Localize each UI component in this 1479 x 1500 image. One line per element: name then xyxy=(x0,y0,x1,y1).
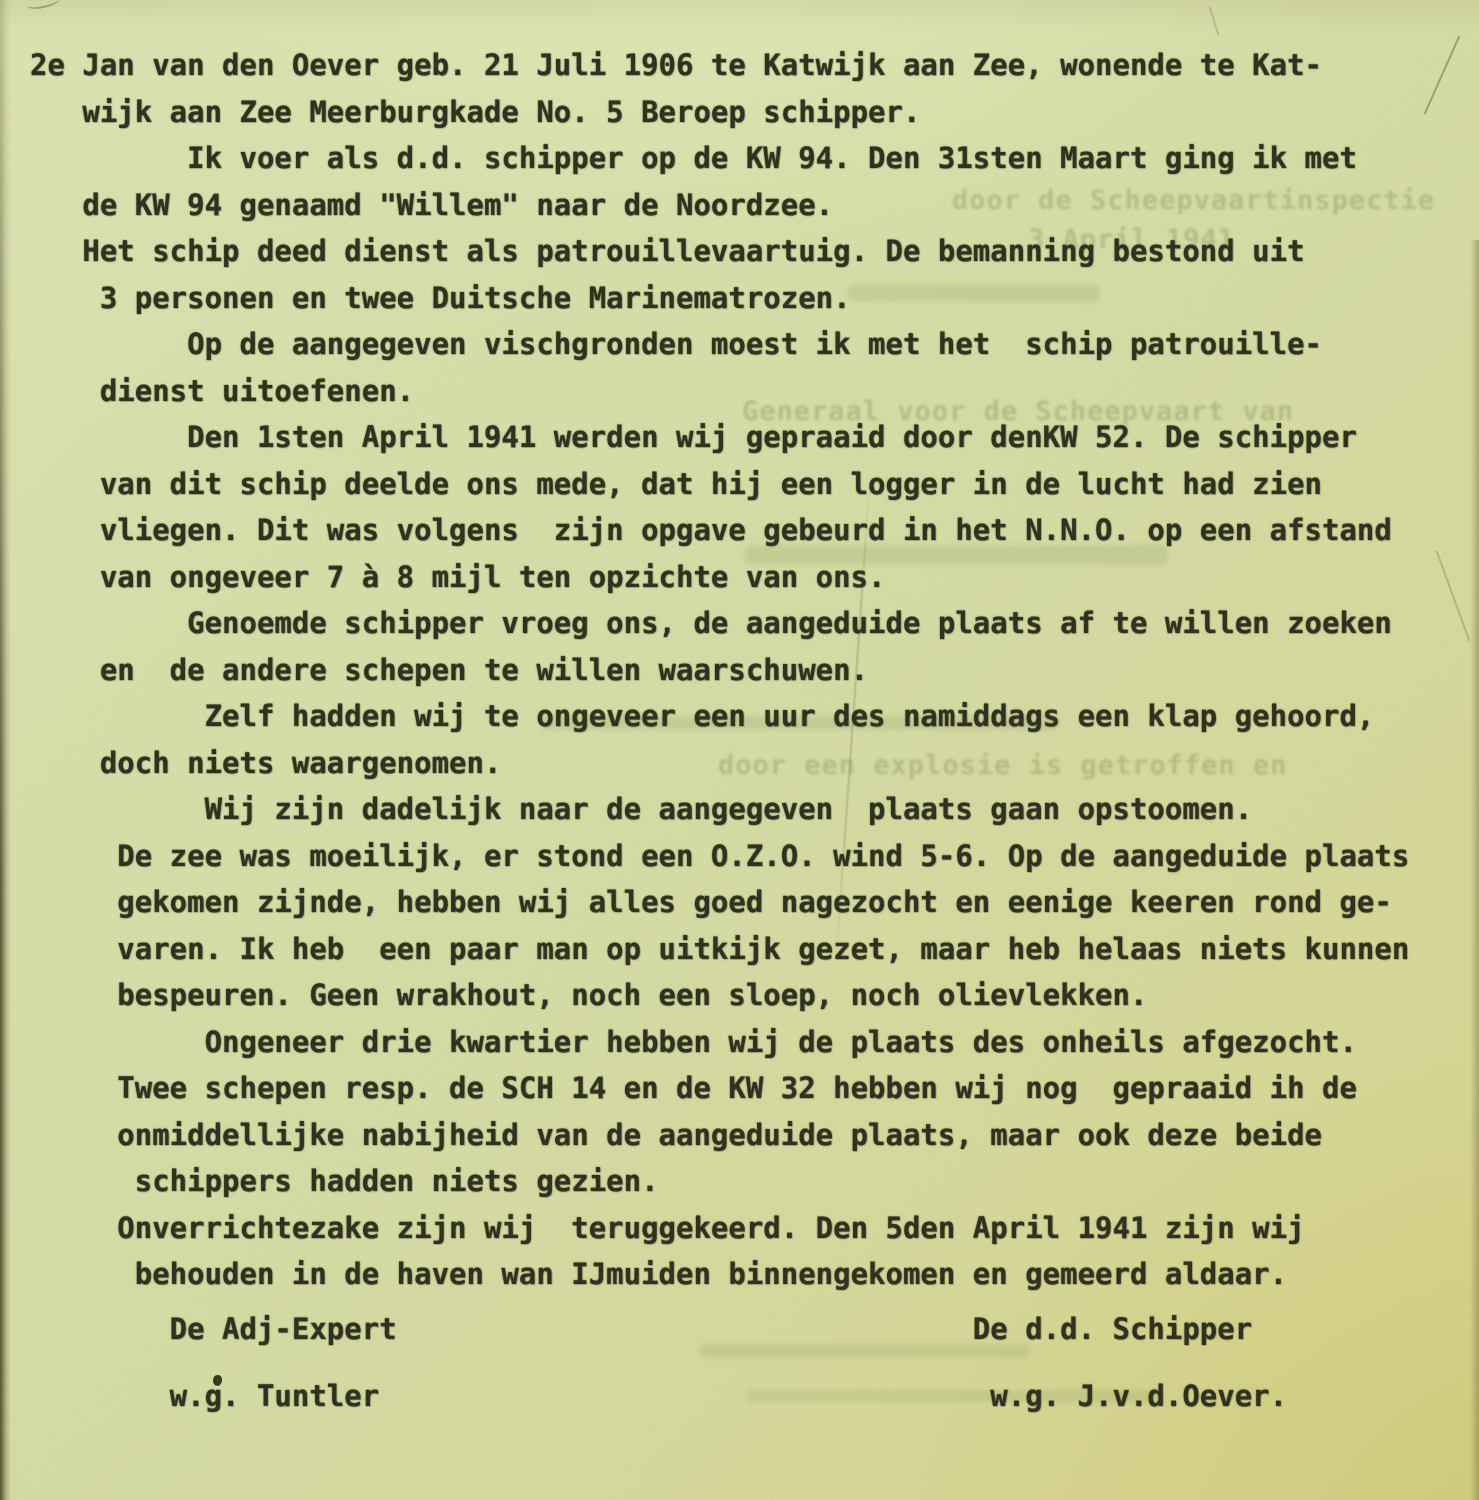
page-edge-right xyxy=(1470,240,1479,1500)
text-line: onmiddellijke nabijheid van de aangeduid… xyxy=(30,1112,1479,1159)
document-page: door de Scheepvaartinspectie3 April 1941… xyxy=(0,0,1479,1500)
text-line: en de andere schepen te willen waarschuw… xyxy=(30,647,1479,694)
text-line: doch niets waargenomen. xyxy=(30,740,1479,787)
text-line: w.g. Tuntler w.g. J.v.d.Oever. xyxy=(30,1373,1479,1420)
text-line: Op de aangegeven vischgronden moest ik m… xyxy=(30,321,1479,368)
text-line: De Adj-Expert De d.d. Schipper xyxy=(30,1306,1479,1353)
text-line: Zelf hadden wij te ongeveer een uur des … xyxy=(30,693,1479,740)
text-line: Onverrichtezake zijn wij teruggekeerd. D… xyxy=(30,1205,1479,1252)
text-line: varen. Ik heb een paar man op uitkijk ge… xyxy=(30,926,1479,973)
text-line: vliegen. Dit was volgens zijn opgave geb… xyxy=(30,507,1479,554)
text-line: Den 1sten April 1941 werden wij gepraaid… xyxy=(30,414,1479,461)
text-line: Genoemde schipper vroeg ons, de aangedui… xyxy=(30,600,1479,647)
text-line: Wij zijn dadelijk naar de aangegeven pla… xyxy=(30,786,1479,833)
text-line: dienst uitoefenen. xyxy=(30,368,1479,415)
text-line: behouden in de haven wan IJmuiden binnen… xyxy=(30,1251,1479,1298)
text-line: De zee was moeilijk, er stond een O.Z.O.… xyxy=(30,833,1479,880)
text-line: Ongeneer drie kwartier hebben wij de pla… xyxy=(30,1019,1479,1066)
text-line: van dit schip deelde ons mede, dat hij e… xyxy=(30,461,1479,508)
text-line: 3 personen en twee Duitsche Marinematroz… xyxy=(30,275,1479,322)
page-edge-left xyxy=(0,0,11,1500)
text-line: Het schip deed dienst als patrouillevaar… xyxy=(30,228,1479,275)
text-line: wijk aan Zee Meerburgkade No. 5 Beroep s… xyxy=(30,89,1479,136)
text-line: Ik voer als d.d. schipper op de KW 94. D… xyxy=(30,135,1479,182)
typed-text-body: 2e Jan van den Oever geb. 21 Juli 1906 t… xyxy=(0,0,1479,1420)
text-line: de KW 94 genaamd "Willem" naar de Noordz… xyxy=(30,182,1479,229)
text-line: gekomen zijnde, hebben wij alles goed na… xyxy=(30,879,1479,926)
text-line: 2e Jan van den Oever geb. 21 Juli 1906 t… xyxy=(30,42,1479,89)
text-line: van ongeveer 7 à 8 mijl ten opzichte van… xyxy=(30,554,1479,601)
text-line: Twee schepen resp. de SCH 14 en de KW 32… xyxy=(30,1065,1479,1112)
text-line: schippers hadden niets gezien. xyxy=(30,1158,1479,1205)
text-line: bespeuren. Geen wrakhout, noch een sloep… xyxy=(30,972,1479,1019)
